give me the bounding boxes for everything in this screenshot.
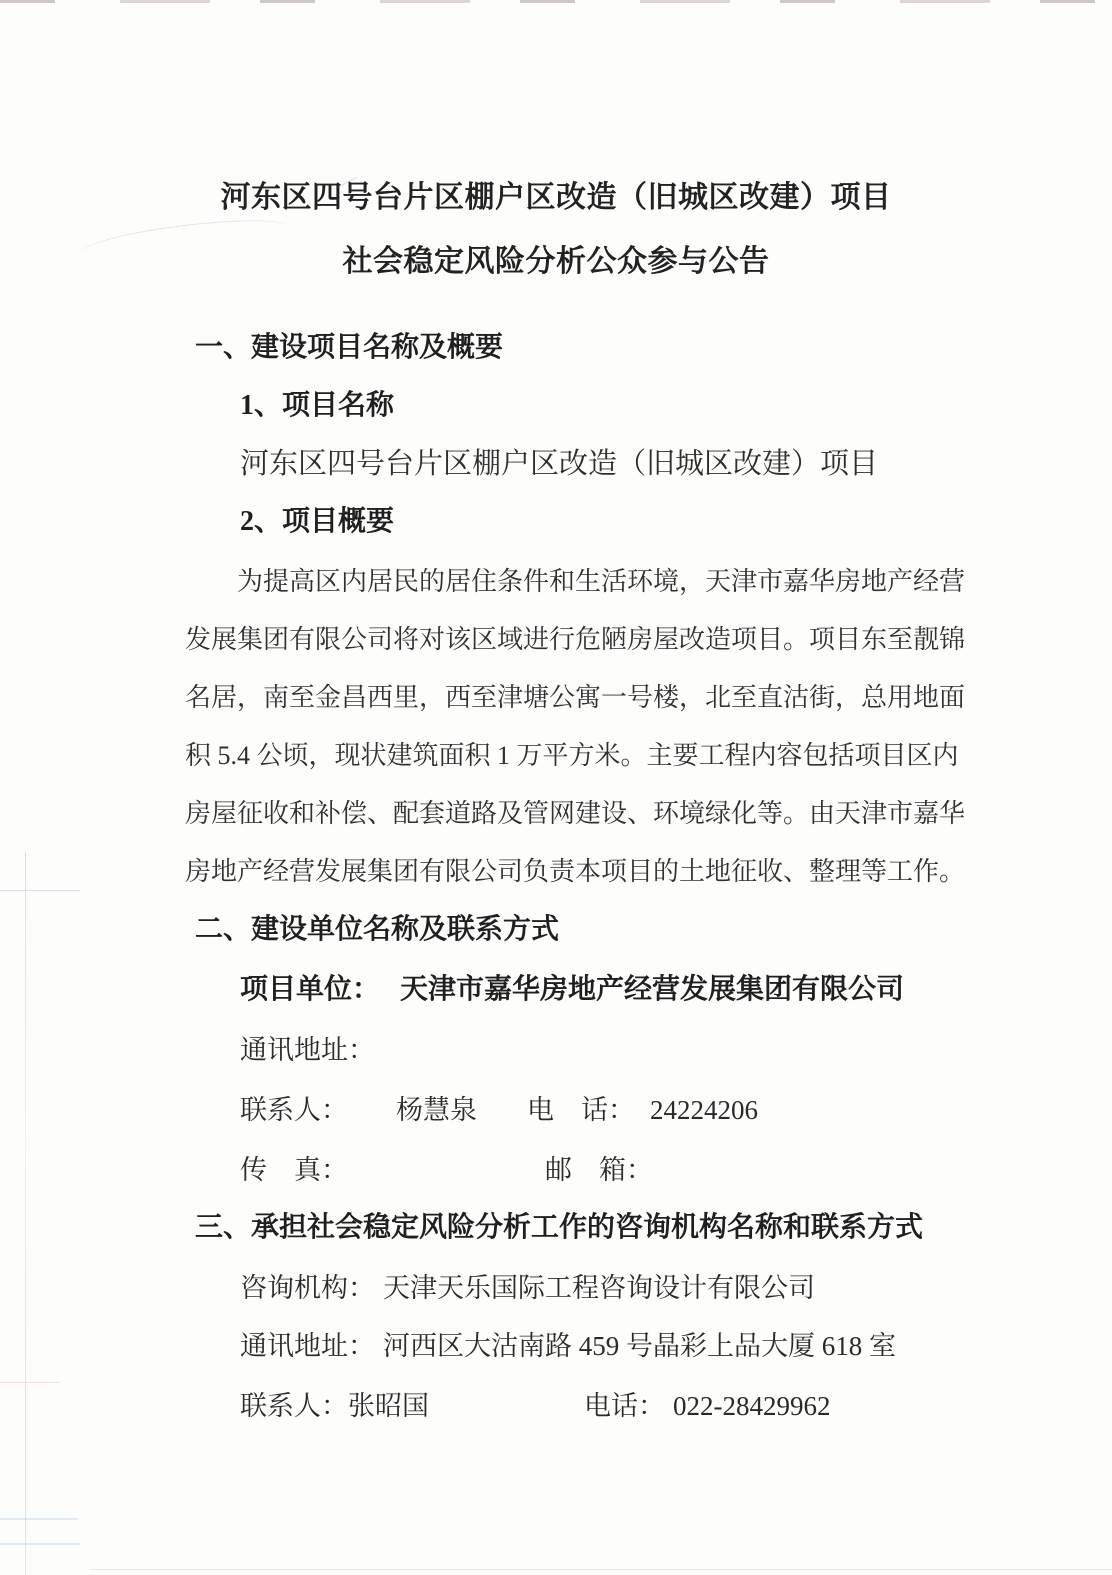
section2-heading: 二、建设单位名称及联系方式	[185, 908, 985, 952]
project-unit-label: 项目单位：	[240, 974, 380, 1005]
overview-paragraph-line: 发展集团有限公司将对该区域进行危陋房屋改造项目。项目东至靓锦	[185, 618, 985, 662]
unit-contact-line: 联系人：杨慧泉电 话：24224206	[185, 1088, 985, 1132]
overview-paragraph-line: 房地产经营发展集团有限公司负责本项目的土地征收、整理等工作。	[185, 850, 985, 894]
doc-title-line2: 社会稳定风险分析公众参与公告	[0, 240, 1112, 284]
scan-bottom-edge-artifact	[90, 1569, 1112, 1570]
section1-sub2-heading: 2、项目概要	[185, 500, 985, 544]
scan-edge-mark-blue-1	[0, 1518, 78, 1520]
scan-edge-mark-blue-2	[0, 1543, 80, 1545]
overview-paragraph-line: 名居，南至金昌西里，西至津塘公寓一号楼，北至直沽街，总用地面	[185, 676, 985, 720]
agency-phone-label: 电话：	[584, 1391, 665, 1421]
agency-value: 天津天乐国际工程咨询设计有限公司	[383, 1273, 815, 1303]
agency-address-value: 河西区大沽南路 459 号晶彩上品大厦 618 室	[383, 1331, 896, 1361]
agency-contact-label: 联系人：	[240, 1391, 348, 1421]
unit-address-label: 通讯地址：	[240, 1035, 375, 1065]
unit-fax-label: 传 真：	[240, 1155, 348, 1185]
unit-phone-value: 24224206	[650, 1095, 758, 1125]
scan-edge-mark-pink	[0, 1382, 60, 1383]
unit-email-label: 邮 箱：	[545, 1155, 653, 1185]
overview-paragraph-line: 为提高区内居民的居住条件和生活环境，天津市嘉华房地产经营	[185, 560, 985, 604]
agency-line: 咨询机构：天津天乐国际工程咨询设计有限公司	[185, 1266, 985, 1310]
overview-paragraph-line: 积 5.4 公顷，现状建筑面积 1 万平方米。主要工程内容包括项目区内	[185, 734, 985, 778]
agency-contact-name: 张昭国	[348, 1391, 429, 1421]
unit-address-line: 通讯地址：	[185, 1028, 985, 1072]
unit-contact-label: 联系人：	[240, 1095, 348, 1125]
agency-address-label: 通讯地址：	[240, 1331, 375, 1361]
scan-top-edge-artifact	[0, 0, 1112, 3]
section1-sub1-heading: 1、项目名称	[185, 384, 985, 428]
overview-paragraph-line: 房屋征收和补偿、配套道路及管网建设、环境绿化等。由天津市嘉华	[185, 792, 985, 836]
project-unit-line: 项目单位：天津市嘉华房地产经营发展集团有限公司	[185, 968, 985, 1012]
agency-phone-value: 022-28429962	[673, 1391, 831, 1421]
scan-fold-line-horizontal	[0, 890, 80, 891]
document-page: 河东区四号台片区棚户区改造（旧城区改建）项目 社会稳定风险分析公众参与公告 一、…	[0, 0, 1112, 1575]
unit-phone-label: 电 话：	[527, 1095, 635, 1125]
section3-heading: 三、承担社会稳定风险分析工作的咨询机构名称和联系方式	[185, 1206, 985, 1250]
unit-fax-email-line: 传 真：邮 箱：	[185, 1148, 985, 1192]
project-name-line: 河东区四号台片区棚户区改造（旧城区改建）项目	[185, 442, 985, 486]
scan-fold-line-vertical	[25, 852, 26, 1575]
project-unit-value: 天津市嘉华房地产经营发展集团有限公司	[400, 974, 904, 1005]
agency-label: 咨询机构：	[240, 1273, 375, 1303]
agency-address-line: 通讯地址：河西区大沽南路 459 号晶彩上品大厦 618 室	[185, 1324, 985, 1368]
agency-contact-line: 联系人：张昭国电话：022-28429962	[185, 1384, 985, 1428]
doc-title-line1: 河东区四号台片区棚户区改造（旧城区改建）项目	[0, 176, 1112, 220]
unit-contact-name: 杨慧泉	[396, 1095, 477, 1125]
section1-heading: 一、建设项目名称及概要	[185, 326, 985, 370]
